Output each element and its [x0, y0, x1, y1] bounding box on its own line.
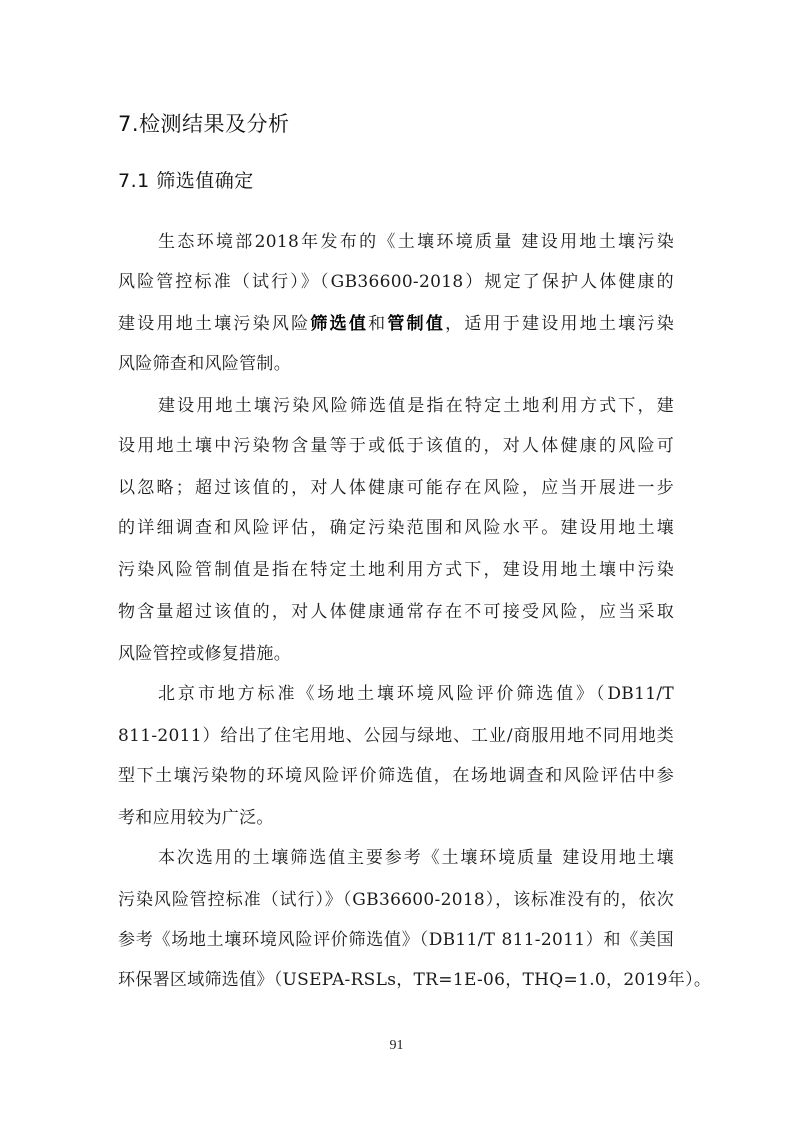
paragraph-3-line-3: 型下土壤污染物的环境风险评价筛选值，在场地调查和风险评估中参: [118, 764, 674, 788]
page-number: 91: [0, 1038, 793, 1054]
control-value-term: 管制值: [387, 314, 445, 334]
text-span: 和: [368, 314, 387, 334]
paragraph-1-line-2: 风险管控标准（试行）》（GB36600-2018）规定了保护人体健康的: [118, 270, 674, 294]
paragraph-3-line-4: 考和应用较为广泛。: [118, 806, 674, 830]
paragraph-1-line-3: 建设用地土壤污染风险筛选值和管制值，适用于建设用地土壤污染: [118, 312, 674, 336]
paragraph-4-line-2: 污染风险管控标准（试行）》（GB36600-2018），该标准没有的，依次: [118, 888, 674, 912]
screening-value-term: 筛选值: [310, 314, 368, 334]
paragraph-1-line-1: 生态环境部2018年发布的《土壤环境质量 建设用地土壤污染: [158, 230, 674, 254]
paragraph-3-line-2: 811-2011）给出了住宅用地、公园与绿地、工业/商服用地不同用地类: [118, 724, 674, 748]
paragraph-2-line-3: 以忽略；超过该值的，对人体健康可能存在风险，应当开展进一步: [118, 476, 674, 500]
document-page: 7.检测结果及分析 7.1 筛选值确定 生态环境部2018年发布的《土壤环境质量…: [0, 0, 793, 1122]
paragraph-2-line-4: 的详细调查和风险评估，确定污染范围和风险水平。建设用地土壤: [118, 516, 674, 540]
subsection-heading: 7.1 筛选值确定: [118, 166, 254, 193]
paragraph-2-line-2: 设用地土壤中污染物含量等于或低于该值的，对人体健康的风险可: [118, 434, 674, 458]
text-span: 建设用地土壤污染风险: [118, 314, 310, 334]
paragraph-2-line-7: 风险管控或修复措施。: [118, 642, 674, 666]
section-heading: 7.检测结果及分析: [118, 108, 290, 138]
paragraph-2-line-5: 污染风险管制值是指在特定土地利用方式下，建设用地土壤中污染: [118, 558, 674, 582]
text-span: ，适用于建设用地土壤污染: [445, 314, 674, 334]
paragraph-3-line-1: 北京市地方标准《场地土壤环境风险评价筛选值》（DB11/T: [158, 682, 674, 706]
paragraph-2-line-6: 物含量超过该值的，对人体健康通常存在不可接受风险，应当采取: [118, 600, 674, 624]
paragraph-4-line-3: 参考《场地土壤环境风险评价筛选值》（DB11/T 811-2011）和《美国: [118, 928, 674, 952]
paragraph-4-line-1: 本次选用的土壤筛选值主要参考《土壤环境质量 建设用地土壤: [158, 846, 674, 870]
paragraph-1-line-4: 风险筛查和风险管制。: [118, 352, 674, 376]
paragraph-2-line-1: 建设用地土壤污染风险筛选值是指在特定土地利用方式下，建: [158, 394, 674, 418]
paragraph-4-line-4: 环保署区域筛选值》（USEPA-RSLs，TR=1E-06，THQ=1.0，20…: [118, 968, 674, 992]
